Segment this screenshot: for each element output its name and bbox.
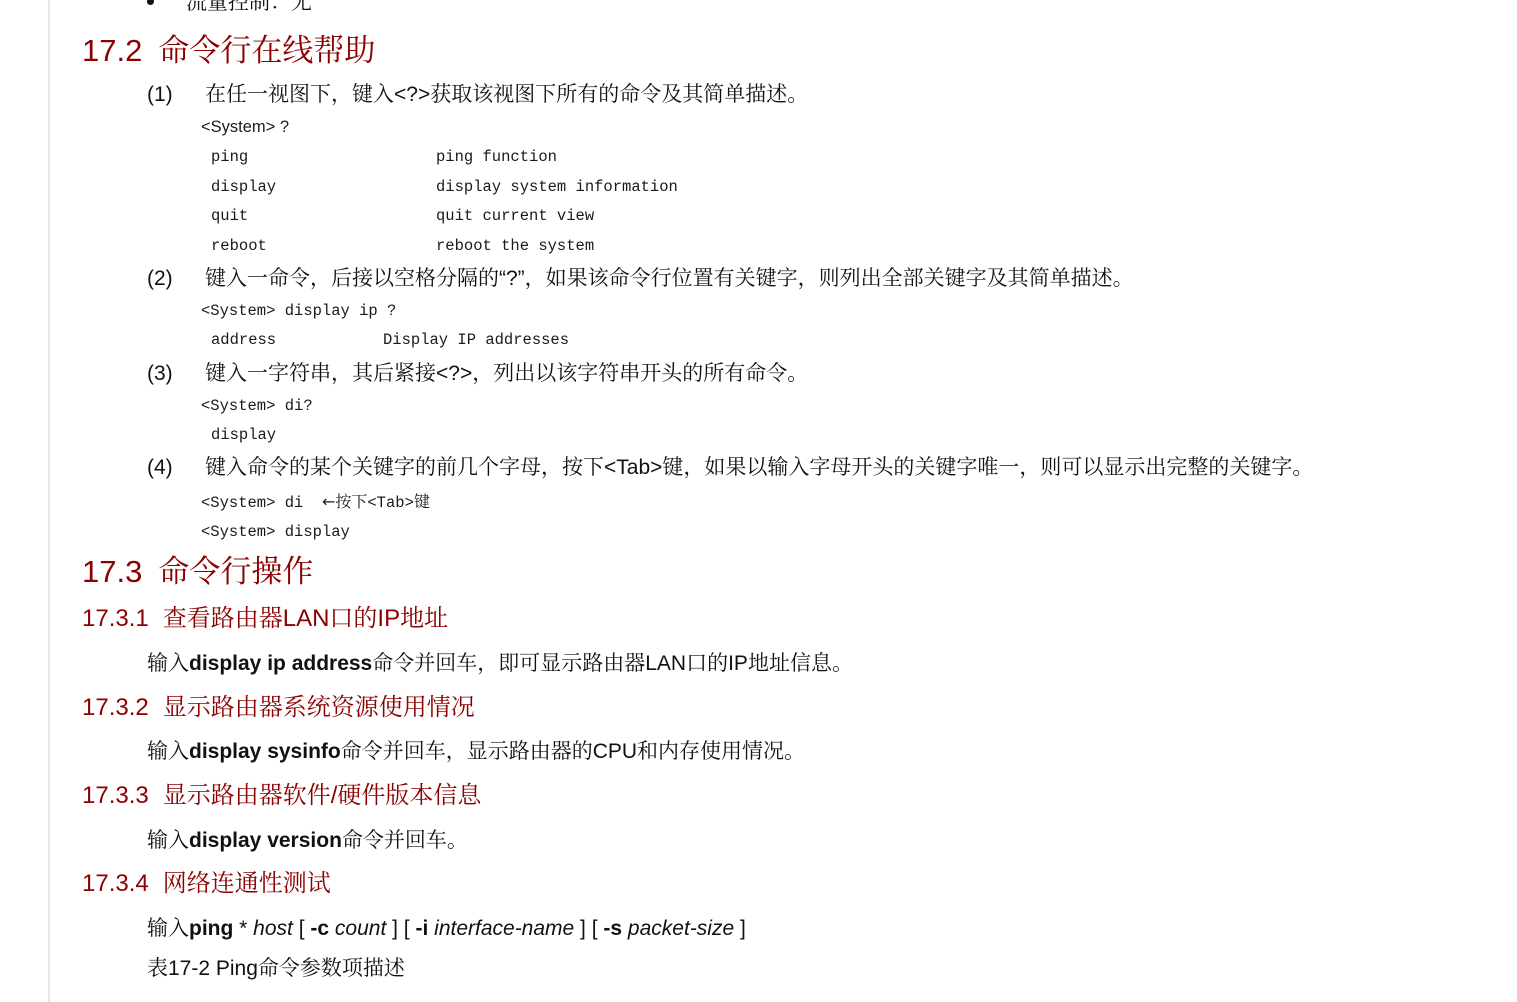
code-row-reboot: rebootreboot the system [211,236,267,256]
command-display-sysinfo: display sysinfo [189,740,341,763]
syntax-bracket: ] [734,917,746,940]
item-number: (2) [147,265,205,293]
heading-number: 17.3 [82,554,142,589]
paragraph-17-3-1: 输入display ip address命令并回车，即可显示路由器LAN口的IP… [147,650,853,678]
item-text: 在任一视图下，键入<?>获取该视图下所有的命令及其简单描述。 [205,83,808,106]
para-suffix: 命令并回车，即可显示路由器LAN口的IP地址信息。 [372,652,853,675]
heading-title: 命令行操作 [158,554,313,589]
syntax-opt-i: -i [415,917,428,940]
code-desc: reboot the system [436,236,594,256]
code-row-ping: pingping function [211,147,248,167]
heading-number: 17.3.1 [82,605,149,632]
code-row-display: displaydisplay system information [211,177,276,197]
syntax-opt-c: -c [310,917,329,940]
para-prefix: 输入 [147,740,189,763]
item-number: (4) [147,454,205,482]
heading-17-3: 17.3命令行操作 [82,553,313,591]
heading-17-3-3: 17.3.3显示路由器软件/硬件版本信息 [82,781,481,811]
bullet-text: 流量控制：无 [186,0,312,14]
heading-17-2: 17.2命令行在线帮助 [82,32,375,70]
code-prompt: <System> display ip ? [201,301,396,321]
syntax-arg-interface: interface-name [428,917,574,940]
syntax-arg-count: count [329,917,386,940]
code-desc: display system information [436,177,678,197]
syntax-opt-s: -s [603,917,622,940]
para-suffix: 命令并回车。 [342,829,468,852]
code-cmd: ping [211,148,248,166]
help-item-4: (4)键入命令的某个关键字的前几个字母，按下<Tab>键，如果以输入字母开头的关… [147,454,1313,482]
item-number: (1) [147,81,205,109]
paragraph-17-3-3: 输入display version命令并回车。 [147,827,468,855]
heading-number: 17.3.4 [82,870,149,897]
heading-17-3-1: 17.3.1查看路由器LAN口的IP地址 [82,604,448,634]
heading-title: 命令行在线帮助 [158,33,375,68]
code-cmd: display [211,178,276,196]
command-display-version: display version [189,829,342,852]
heading-number: 17.3.3 [82,782,149,809]
note-key: <Tab> [367,494,414,512]
left-arrow-icon: ← [322,492,335,511]
note-prefix: 按下 [335,492,367,511]
code-desc: quit current view [436,206,594,226]
table-caption: 表17-2 Ping命令参数项描述 [147,955,405,983]
item-text: 键入一命令，后接以空格分隔的“?”，如果该命令行位置有关键字，则列出全部关键字及… [205,267,1134,290]
code-prompt-text: <System> di [201,494,303,512]
code-prompt: <System> ? [201,117,289,137]
para-prefix: 输入 [147,652,189,675]
command-display-ip-address: display ip address [189,652,372,675]
item-text: 键入命令的某个关键字的前几个字母，按下<Tab>键，如果以输入字母开头的关键字唯… [205,456,1313,479]
note-suffix: 键 [414,492,430,511]
code-row-address: addressDisplay IP addresses [211,330,276,350]
item-number: (3) [147,360,205,388]
bullet-dot-icon [147,0,154,5]
heading-number: 17.2 [82,33,142,68]
help-item-2: (2)键入一命令，后接以空格分隔的“?”，如果该命令行位置有关键字，则列出全部关… [147,265,1134,293]
help-item-1: (1)在任一视图下，键入<?>获取该视图下所有的命令及其简单描述。 [147,81,808,109]
code-row-display-match: display [211,425,276,445]
code-desc: ping function [436,147,557,167]
heading-title: 显示路由器系统资源使用情况 [163,694,475,721]
para-suffix: 命令并回车，显示路由器的CPU和内存使用情况。 [341,740,805,763]
code-result: <System> display [201,522,350,542]
code-cmd: address [211,331,276,349]
syntax-prefix: 输入 [147,917,189,940]
syntax-star: * [233,917,253,940]
heading-title: 网络连通性测试 [163,870,331,897]
syntax-bracket: [ [293,917,311,940]
syntax-cmd: ping [189,917,233,940]
code-row-quit: quitquit current view [211,206,248,226]
syntax-arg-packet-size: packet-size [622,917,734,940]
heading-17-3-2: 17.3.2显示路由器系统资源使用情况 [82,693,475,723]
syntax-host: host [253,917,293,940]
code-cmd: reboot [211,237,267,255]
para-prefix: 输入 [147,829,189,852]
paragraph-17-3-2: 输入display sysinfo命令并回车，显示路由器的CPU和内存使用情况。 [147,738,805,766]
heading-number: 17.3.2 [82,694,149,721]
code-desc: Display IP addresses [383,330,569,350]
code-prompt-tab: <System> di ←按下<Tab>键 [201,492,430,513]
heading-title: 显示路由器软件/硬件版本信息 [163,782,482,809]
ping-syntax: 输入ping * host [ -c count ] [ -i interfac… [147,915,746,943]
item-text: 键入一字符串，其后紧接<?>，列出以该字符串开头的所有命令。 [205,362,808,385]
code-prompt: <System> di? [201,396,313,416]
syntax-bracket: ] [ [574,917,603,940]
heading-title: 查看路由器LAN口的IP地址 [163,605,448,632]
code-cmd: quit [211,207,248,225]
page-left-border [48,0,50,1002]
help-item-3: (3)键入一字符串，其后紧接<?>，列出以该字符串开头的所有命令。 [147,360,808,388]
syntax-bracket: ] [ [386,917,415,940]
bullet-item-flow-control: 流量控制：无 [147,0,312,16]
heading-17-3-4: 17.3.4网络连通性测试 [82,869,331,899]
